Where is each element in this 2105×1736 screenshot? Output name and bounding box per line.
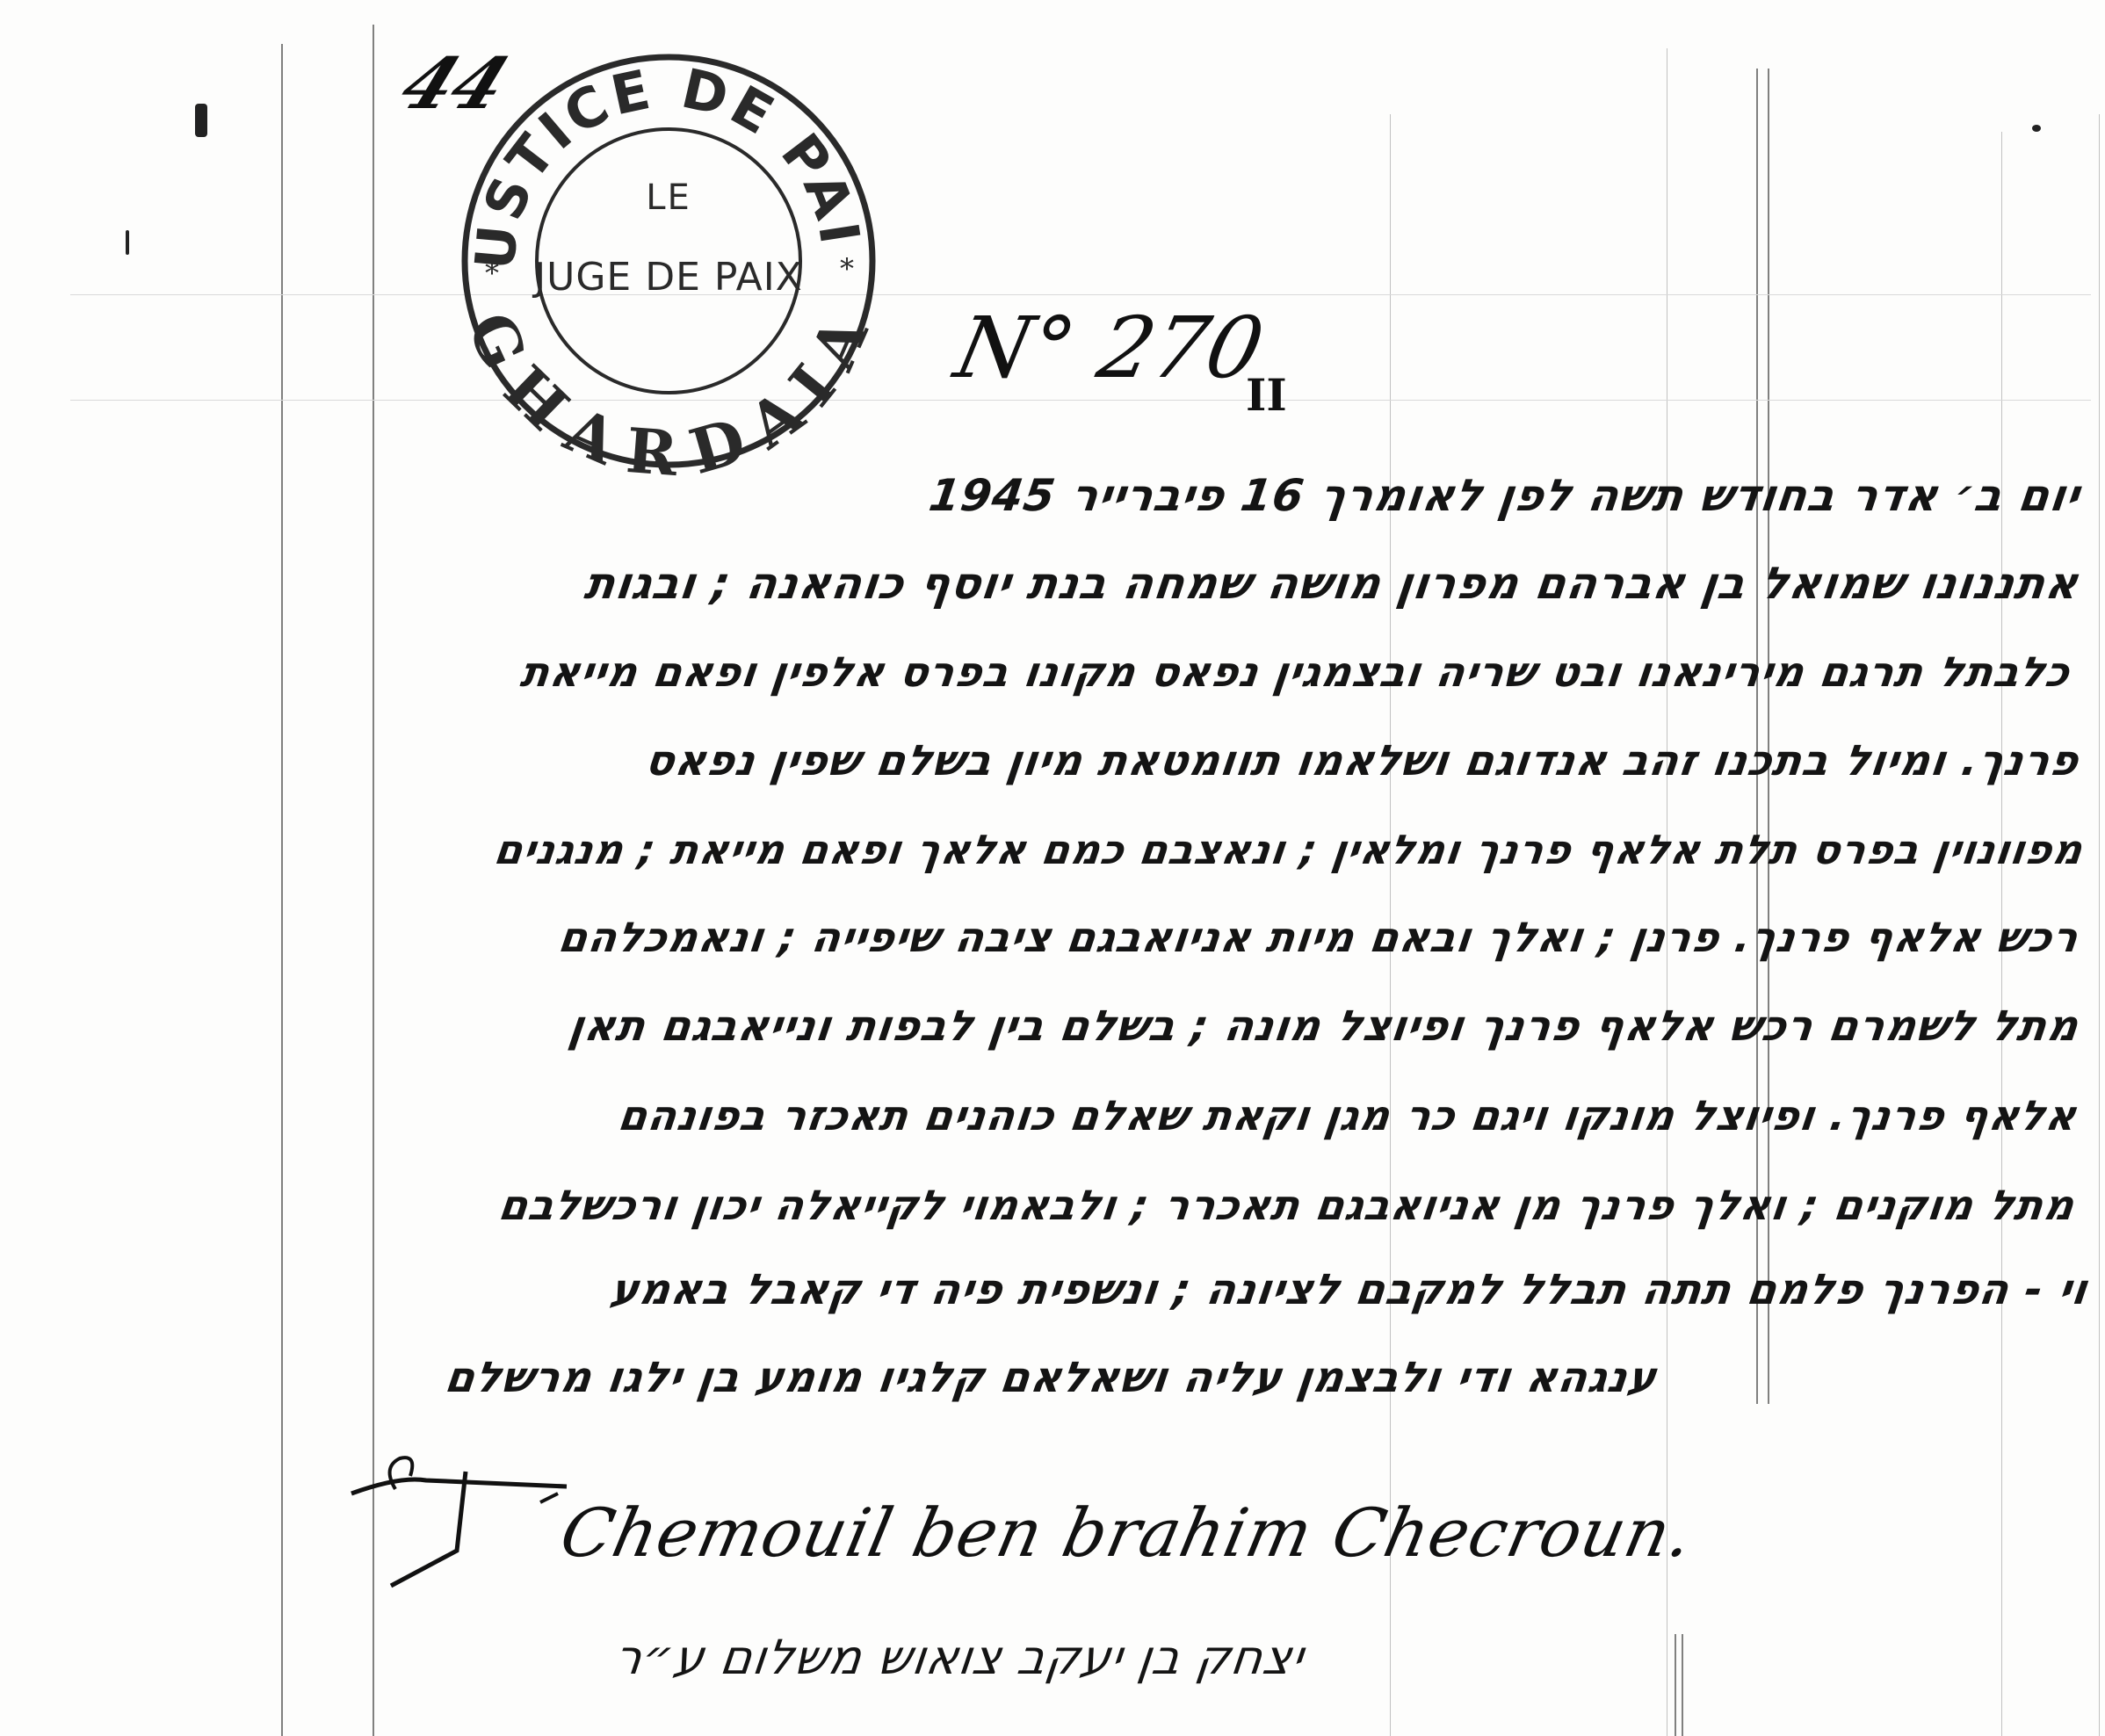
ledger-rule — [1675, 1634, 1676, 1736]
stamp-center-le: LE — [453, 177, 884, 218]
svg-text:JUSTICE DE PAIX: JUSTICE DE PAIX — [453, 46, 872, 272]
body-line: מתל לשמרם רכש אלאף פרנך ופיוצל מונה ; בש… — [566, 1002, 2082, 1051]
signature-flourish-icon — [347, 1450, 575, 1590]
ink-mark — [2032, 125, 2041, 132]
ledger-rule — [1682, 1634, 1683, 1736]
ledger-ruling — [70, 400, 2091, 401]
ledger-rule — [2099, 114, 2100, 1736]
signature-latin: Chemouil ben brahim Checroun. — [554, 1494, 1701, 1572]
body-line: אתננונו שמואל בן אברהם מפרון מושה שמחה ב… — [582, 558, 2082, 609]
body-line: פרנך. ומיול בתכנו זהב אנדוגם ושלאמו תוומ… — [642, 736, 2082, 785]
body-line: יום ב׳ אדר בחודש תשה לפן לאומרך 16 פיברי… — [926, 470, 2084, 521]
body-line: כלבתל תרגם מירינאנו ובט שריה ובצמגין נפא… — [517, 648, 2073, 697]
body-line: ענגהא ודי ולבצמן עליה ושאלאם קלגיו מומע … — [442, 1353, 1660, 1402]
ink-mark — [195, 104, 207, 137]
ink-mark — [126, 230, 129, 255]
body-line: רכש אלאף פרנך. פרנן ; ואלך ובאם מיות אני… — [555, 914, 2081, 962]
document-page: 44 JUSTICE DE PAIX GHARDAIA * * LE JUGE … — [0, 0, 2105, 1736]
body-line: אלאף פרנך. ופיוצל מונקו ויגם כר מגן וקאת… — [615, 1092, 2080, 1140]
registry-number: N° 270 — [947, 299, 1272, 397]
ledger-ruling — [70, 294, 2091, 295]
justice-de-paix-stamp: JUSTICE DE PAIX GHARDAIA * * LE JUGE DE … — [453, 46, 884, 476]
signature-hebrew: יצחק בן יעקב צואוש משלום ע״ר — [611, 1630, 1308, 1685]
svg-text:GHARDAIA: GHARDAIA — [453, 301, 884, 476]
body-line: וי - הפרנך פלמם תתה תבלל למקבם לציונה ; … — [607, 1265, 2091, 1314]
ledger-rule — [281, 44, 283, 1736]
registry-suffix: II — [1246, 369, 1287, 421]
ledger-rule — [1667, 48, 1667, 1736]
stamp-center-juge-de-paix: JUGE DE PAIX — [453, 255, 884, 300]
body-line: מתל מוקנים ; ואלך פרנך מן אניואבגם תאכרר… — [496, 1182, 2078, 1230]
body-line: מפוונוין בפרס תלת אלאף פרנך ומלאין ; ונא… — [491, 826, 2086, 873]
